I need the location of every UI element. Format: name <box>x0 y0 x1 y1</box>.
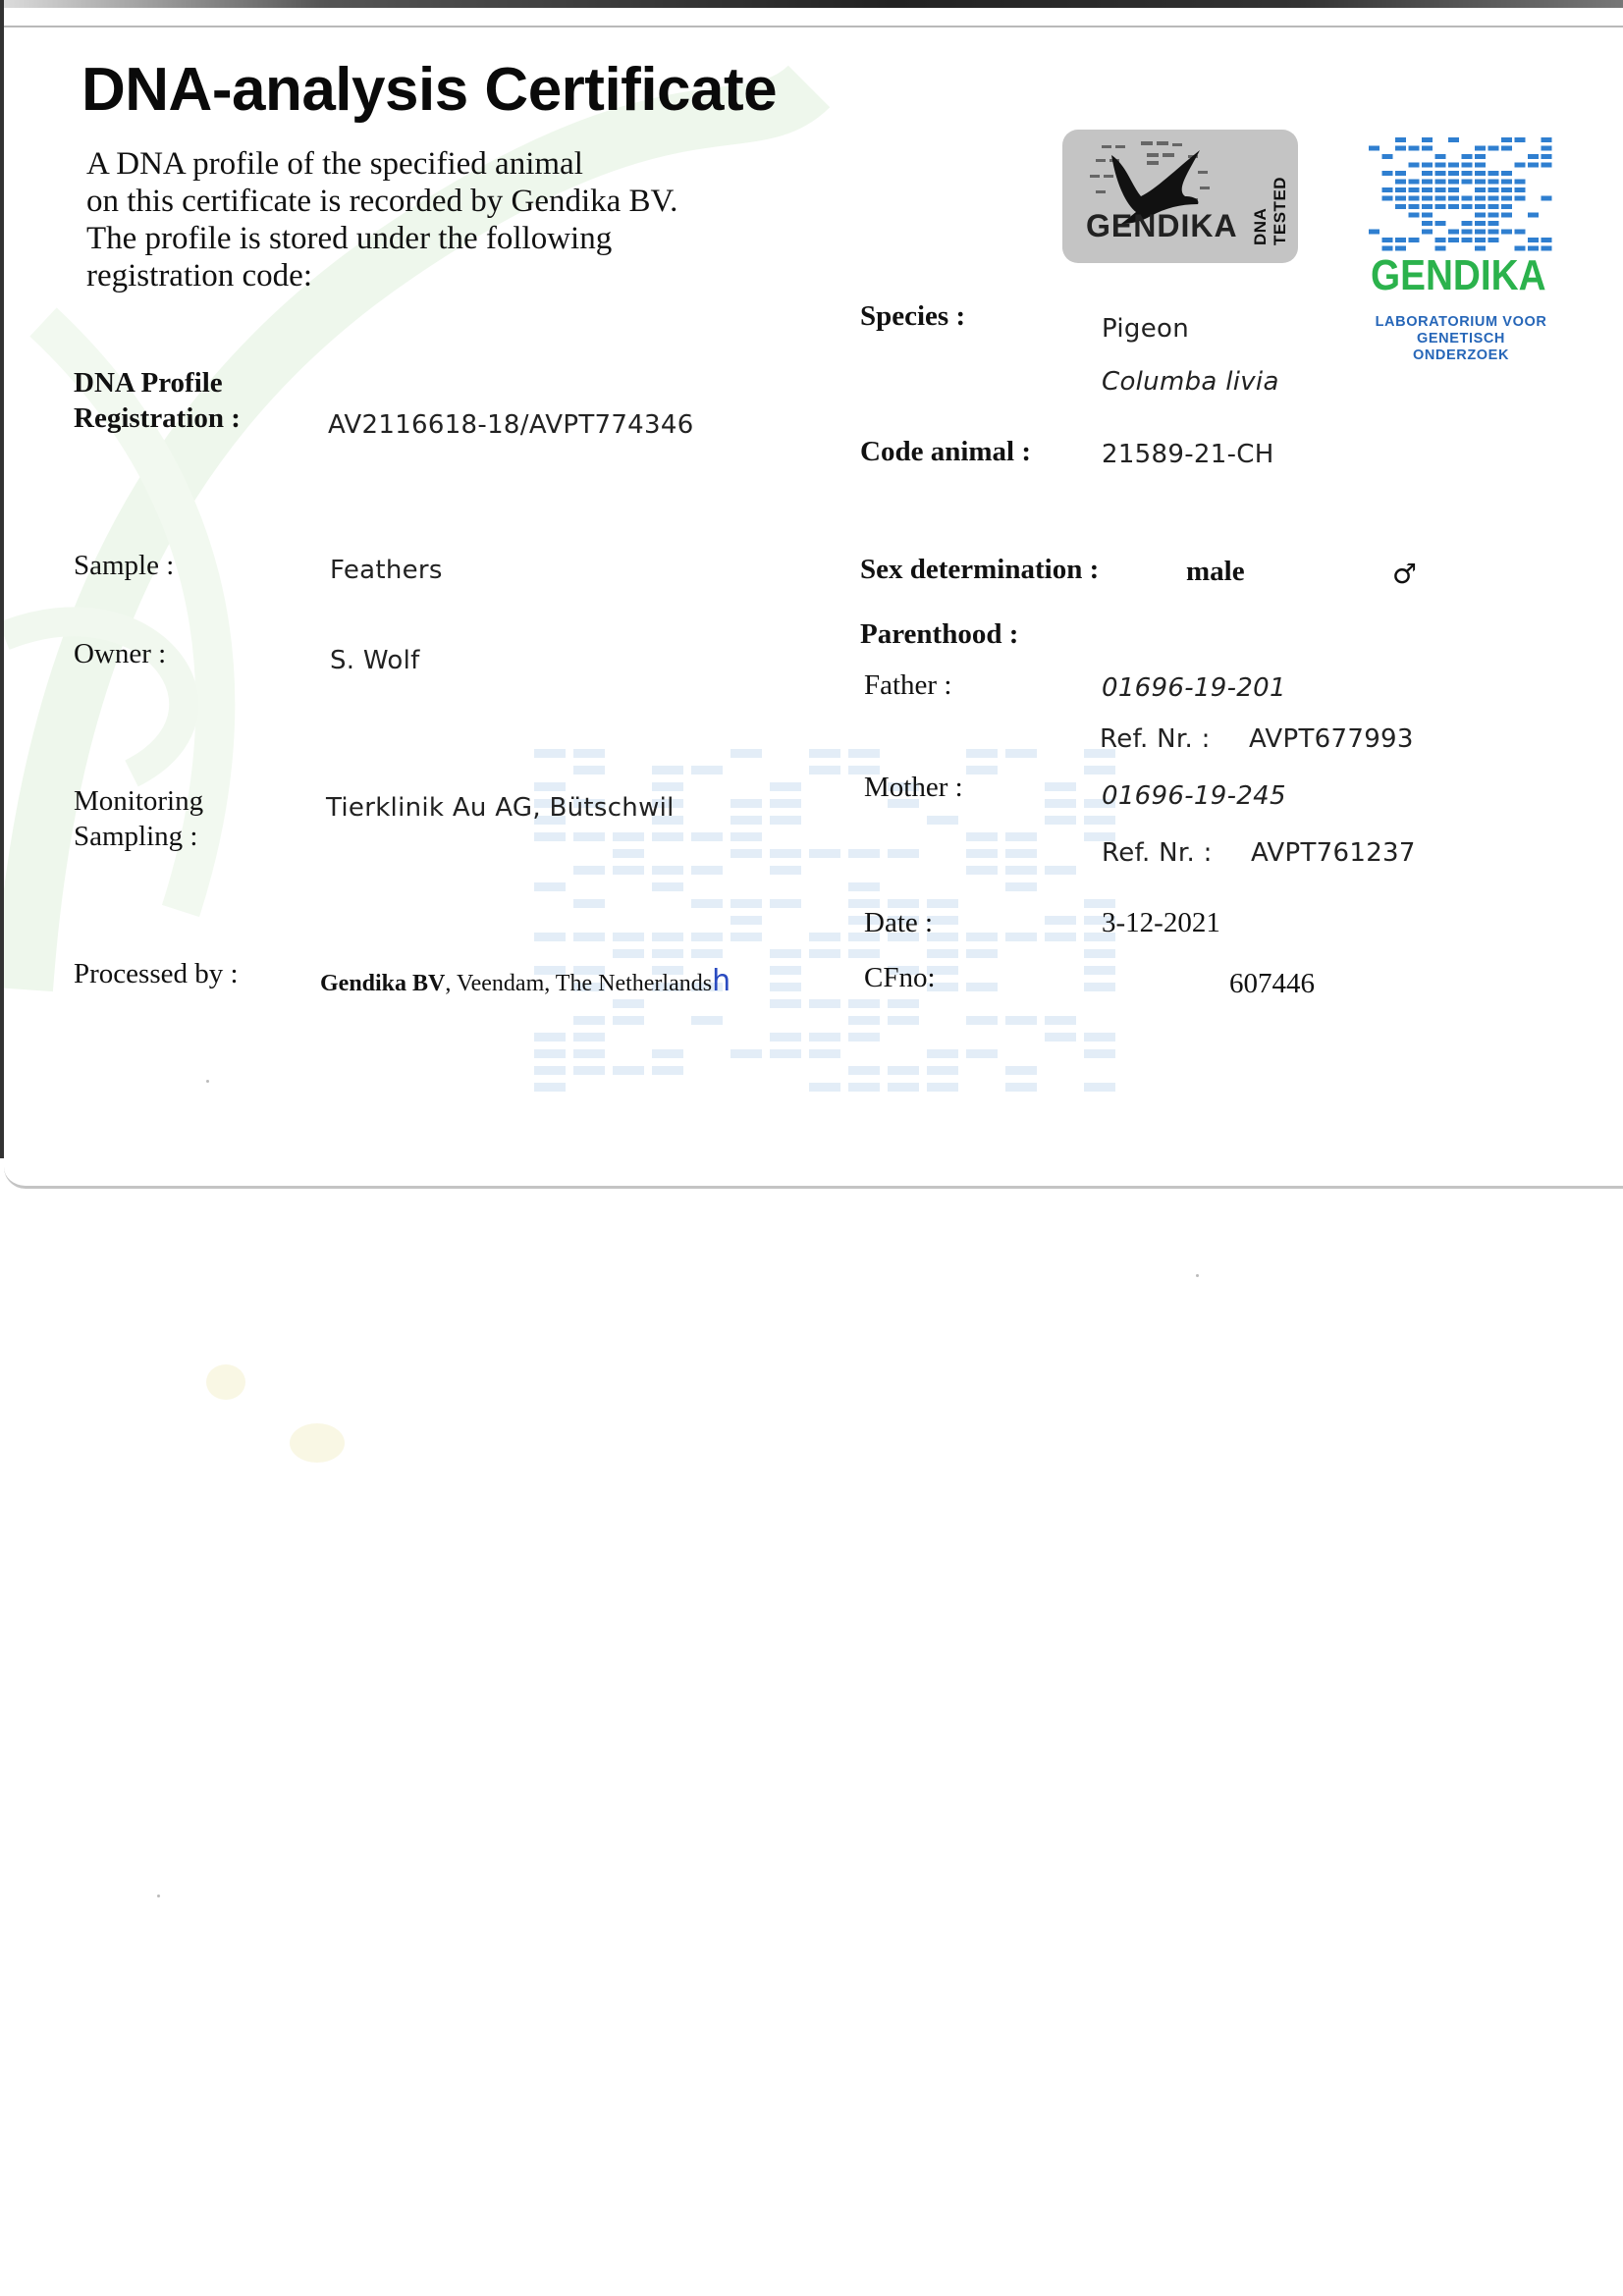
scan-stain <box>206 1364 245 1400</box>
intro-line: registration code: <box>86 257 774 294</box>
sex-value: male <box>1186 556 1245 588</box>
sticker-dna-tested: DNA TESTED <box>1251 177 1290 245</box>
species-latin: Columba livia <box>1102 367 1279 397</box>
scan-speck <box>206 1080 209 1083</box>
certificate-title: DNA-analysis Certificate <box>81 55 777 125</box>
certificate-card: DNA-analysis Certificate A DNA profile o… <box>4 26 1623 1189</box>
mother-value: 01696-19-245 <box>1102 781 1286 811</box>
parenthood-label: Parenthood : <box>860 618 1018 651</box>
mother-ref-label: Ref. Nr. : <box>1102 838 1213 868</box>
logo-subtitle: LABORATORIUM VOOR GENETISCH ONDERZOEK <box>1372 314 1550 364</box>
monitoring-value: Tierklinik Au AG, Bütschwil <box>326 793 675 823</box>
code-animal-label: Code animal : <box>860 436 1031 468</box>
monitoring-label: Monitoring Sampling : <box>74 783 203 854</box>
registration-label-line: DNA Profile <box>74 365 241 400</box>
scan-speck <box>157 1895 160 1897</box>
male-symbol-icon: ♂ <box>1392 558 1417 590</box>
gendika-logo-icon <box>1369 137 1555 255</box>
mother-ref-value: AVPT761237 <box>1251 838 1416 868</box>
father-ref-value: AVPT677993 <box>1249 724 1414 754</box>
dna-tested-sticker: GENDIKA DNA TESTED <box>1062 130 1298 263</box>
sex-label: Sex determination : <box>860 554 1099 586</box>
scan-speck <box>1196 1274 1199 1277</box>
species-label: Species : <box>860 300 965 333</box>
sample-label: Sample : <box>74 550 174 582</box>
processed-company: Gendika BV <box>320 971 445 996</box>
code-animal-value: 21589-21-CH <box>1102 440 1274 469</box>
logo-subtitle-line: GENETISCH ONDERZOEK <box>1372 331 1550 364</box>
registration-label: DNA Profile Registration : <box>74 365 241 436</box>
owner-label: Owner : <box>74 638 166 670</box>
intro-line: on this certificate is recorded by Gendi… <box>86 183 774 220</box>
species-common: Pigeon <box>1102 314 1189 344</box>
processed-label: Processed by : <box>74 958 239 990</box>
registration-label-line: Registration : <box>74 400 241 436</box>
scan-stain <box>290 1423 345 1463</box>
scan-edge-top <box>0 0 1623 8</box>
logo-name: GENDIKA <box>1371 251 1546 300</box>
monitoring-label-line: Monitoring <box>74 783 203 819</box>
date-label: Date : <box>864 907 933 939</box>
intro-line: A DNA profile of the specified animal <box>86 145 774 183</box>
processed-location: , Veendam, The Netherlands <box>445 971 712 996</box>
logo-subtitle-line: LABORATORIUM VOOR <box>1372 314 1550 331</box>
father-label: Father : <box>864 669 951 702</box>
father-ref-label: Ref. Nr. : <box>1100 724 1211 754</box>
registration-value: AV2116618-18/AVPT774346 <box>328 410 694 440</box>
cfno-label: CFno: <box>864 962 936 994</box>
processed-value: Gendika BV, Veendam, The Netherlandsh <box>320 964 730 998</box>
mother-label: Mother : <box>864 772 963 804</box>
monitoring-label-line: Sampling : <box>74 819 203 854</box>
signature-mark: h <box>712 964 730 998</box>
cfno-value: 607446 <box>1229 968 1315 1000</box>
sticker-brand: GENDIKA <box>1086 208 1238 244</box>
father-value: 01696-19-201 <box>1102 673 1286 703</box>
intro-line: The profile is stored under the followin… <box>86 220 774 257</box>
sample-value: Feathers <box>330 556 443 585</box>
date-value: 3-12-2021 <box>1102 907 1220 939</box>
certificate-intro: A DNA profile of the specified animal on… <box>86 145 774 294</box>
owner-value: S. Wolf <box>330 646 420 675</box>
